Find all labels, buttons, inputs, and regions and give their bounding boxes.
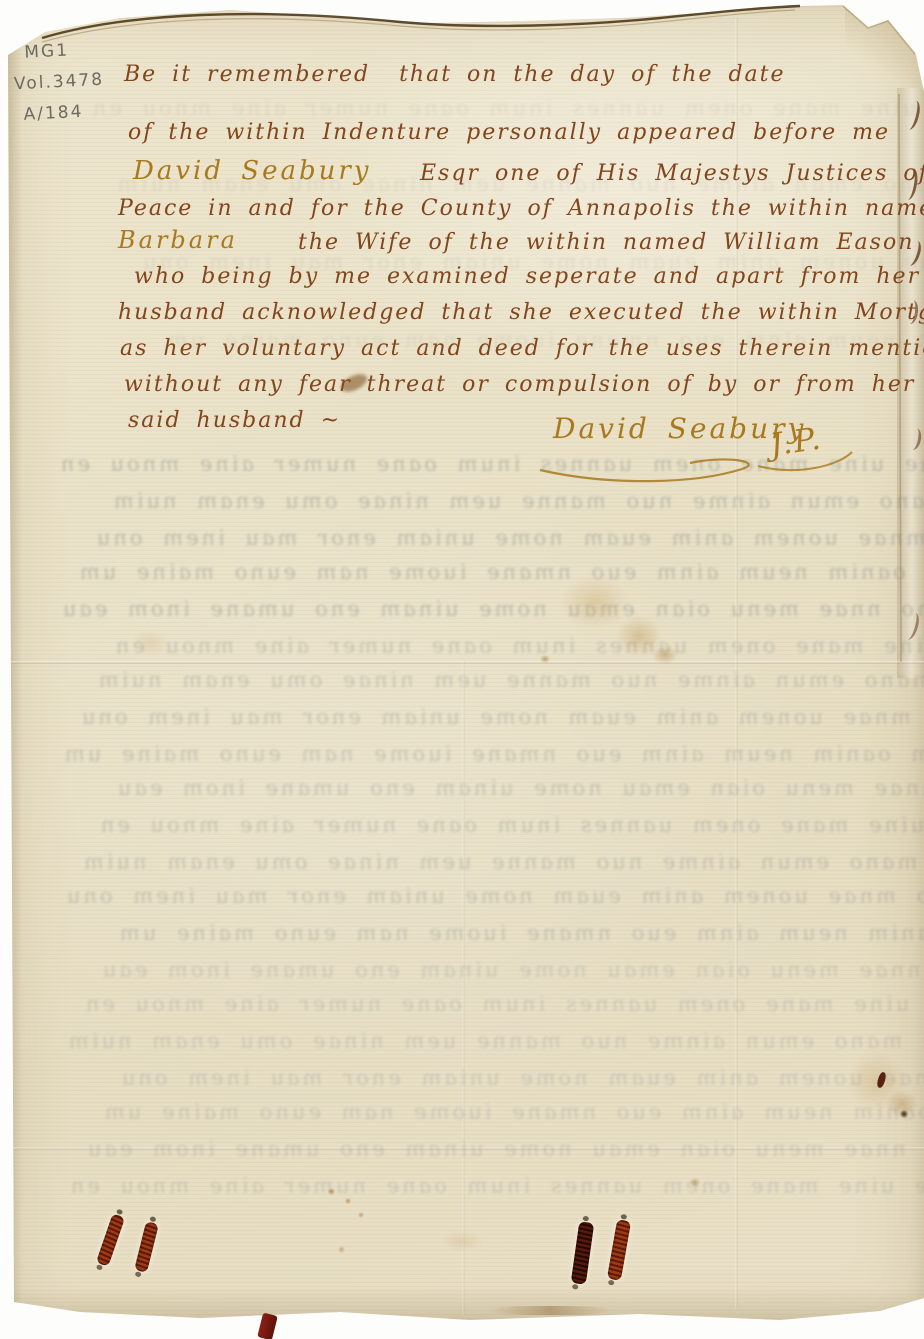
archive-scan: nmu amne uine mane onem uannes inum oane… — [0, 0, 924, 1339]
manuscript-line: of the within Indenture personally appea… — [128, 120, 890, 145]
bleedthrough-line: unam eino mnae uonem anim euam nome unia… — [118, 1066, 924, 1090]
foxing-dot — [690, 1178, 700, 1187]
bleedthrough-line: unam eino mnae uonem anim euam nome unia… — [63, 884, 924, 908]
bleedthrough-line: anem uimo nnae menu oian emau nome uinam… — [99, 958, 924, 982]
bleedthrough-line: eam nuine mano emun ainme nuo manne uem … — [65, 1029, 924, 1053]
archival-note-line: MG1 — [24, 34, 104, 69]
opening-phrase: Be it remembered — [124, 62, 370, 87]
stain — [900, 1110, 908, 1118]
signature-initials: J.P. — [768, 421, 825, 464]
manuscript-line: Peace in and for the County of Annapolis… — [118, 196, 924, 221]
stain — [540, 655, 550, 663]
archival-note-line: A/184 — [23, 96, 107, 131]
manuscript-line: said husband ~ — [128, 408, 341, 433]
stain — [440, 1230, 484, 1252]
archival-note-line: Vol.3478 — [13, 65, 105, 101]
manuscript-line: as her voluntary act and deed for the us… — [120, 336, 924, 361]
bleedthrough-line: mane unem oanim neum ainm euo nmane iuom… — [101, 1100, 924, 1124]
bleedthrough-line: mane unem oanim neum ainm euo nmane iuom… — [76, 560, 924, 584]
edge-dirt — [490, 1306, 610, 1315]
manuscript-line: without any fear threat or compulsion of… — [124, 372, 915, 397]
ribbon-tail — [257, 1313, 278, 1339]
bleedthrough-line: anem uimo nnae menu oian emau nome uinam… — [59, 597, 924, 621]
manuscript-line: Esqr one of His Majestys Justices of the — [420, 161, 924, 186]
bleedthrough-line: nmu amne uine mane onem uannes inum oane… — [82, 992, 924, 1016]
pencil-archival-note: MG1 Vol.3478 A/184 — [12, 34, 107, 132]
bleedthrough-line: eam nuine mano emun ainme nuo manne uem … — [80, 850, 924, 874]
bleedthrough-line: anem uimo nnae menu oian emau nome uinam… — [114, 776, 924, 800]
foxing-dot — [338, 1246, 345, 1253]
bleedthrough-line: nmu amne uine mane onem uannes inum oane… — [67, 1174, 924, 1198]
foxing-dot — [345, 1198, 351, 1204]
manuscript-line: Be it remembered that on the day of the … — [124, 62, 786, 87]
foxing-dot — [358, 1212, 364, 1218]
manuscript-line: the Wife of the within named William Eas… — [298, 230, 924, 255]
manuscript-line: who being by me examined seperate and ap… — [134, 264, 924, 289]
bleedthrough-line: unam eino mnae uonem anim euam nome unia… — [78, 705, 924, 729]
bleedthrough-line: eam nuine mano emun ainme nuo manne uem … — [95, 668, 924, 692]
bleedthrough-line: nmu amne uine mane onem uannes inum oane… — [89, 96, 924, 120]
wife-name: Barbara — [118, 226, 238, 254]
manuscript-line: husband acknowledged that she executed t… — [118, 300, 924, 325]
foxing-dot — [328, 1188, 335, 1195]
bleedthrough-line: unam eino mnae uonem anim euam nome unia… — [93, 526, 924, 550]
bleedthrough-line: nmu amne uine mane onem uannes inum oane… — [112, 634, 924, 658]
stain — [652, 645, 678, 665]
bleedthrough-line: mane unem oanim neum ainm euo nmane iuom… — [116, 921, 924, 945]
stain — [130, 630, 170, 656]
bleedthrough-line: nmu amne uine mane onem uannes inum oane… — [97, 813, 924, 837]
justice-name: David Seabury — [133, 156, 371, 186]
line-text: that on the day of the date — [399, 62, 785, 87]
bleedthrough-line: anem uimo nnae menu oian emau nome uinam… — [84, 1137, 924, 1161]
bleedthrough-line: mane unem oanim neum ainm euo nmane iuom… — [61, 742, 924, 766]
bleedthrough-line: eam nuine mano emun ainme nuo manne uem … — [110, 489, 924, 513]
